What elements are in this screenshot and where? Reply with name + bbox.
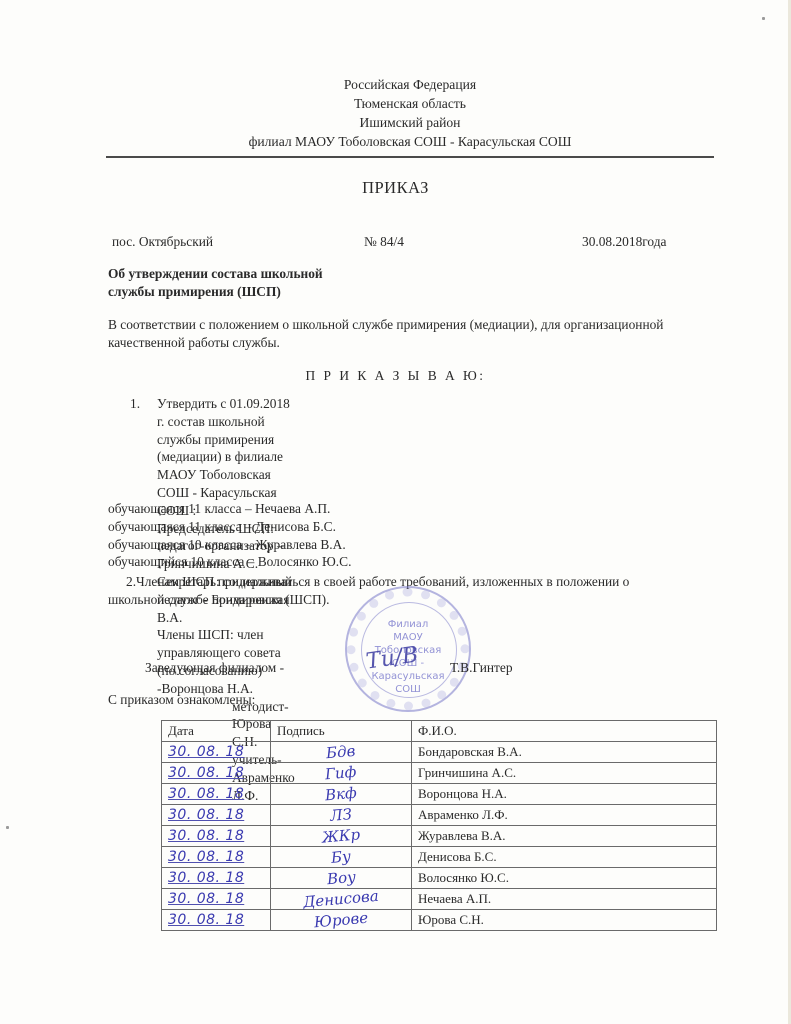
row-signature-cell: Бу (271, 847, 412, 868)
row-name: Бондаровская В.А. (418, 744, 522, 759)
preamble-line: В соответствии с положением о школьной с… (108, 316, 728, 334)
student-line: обучающаяся 10 класса – Журавлева В.А. (108, 536, 351, 554)
table-row: 30. 08. 18ЮровеЮрова С.Н. (162, 910, 717, 931)
row-date: 30. 08. 18 (168, 744, 244, 760)
row-name-cell: Бондаровская В.А. (412, 742, 717, 763)
row-date-cell: 30. 08. 18 (162, 763, 271, 784)
row-name: Волосянко Ю.С. (418, 870, 509, 885)
row-date-cell: 30. 08. 18 (162, 910, 271, 931)
row-name-cell: Волосянко Ю.С. (412, 868, 717, 889)
order-place: пос. Октябрьский (112, 234, 213, 250)
table-row: 30. 08. 18ВоуВолосянко Ю.С. (162, 868, 717, 889)
subject-line: службы примирения (ШСП) (108, 283, 323, 301)
row-signature-cell: Вкф (271, 784, 412, 805)
scan-speck (6, 826, 9, 829)
row-date-cell: 30. 08. 18 (162, 784, 271, 805)
signoff-title: Заведующая филиалом - (145, 660, 284, 676)
row-name-cell: Юрова С.Н. (412, 910, 717, 931)
row-date-cell: 30. 08. 18 (162, 889, 271, 910)
table-row: 30. 08. 18ЖКрЖуравлева В.А. (162, 826, 717, 847)
order-date: 30.08.2018года (582, 234, 666, 250)
table-row: 30. 08. 18БуДенисова Б.С. (162, 847, 717, 868)
student-members: обучающаяся 11 класса – Нечаева А.П. обу… (108, 500, 351, 571)
row-date-cell: 30. 08. 18 (162, 742, 271, 763)
row-date: 30. 08. 18 (168, 828, 244, 844)
student-line: обучающийся 10 класса – Волосянко Ю.С. (108, 553, 351, 571)
header-date: Дата (162, 721, 271, 742)
header-name: Ф.И.О. (412, 721, 717, 742)
signoff-name: Т.В.Гинтер (450, 660, 513, 676)
row-date: 30. 08. 18 (168, 807, 244, 823)
letterhead: Российская Федерация Тюменская область И… (230, 75, 590, 151)
row-signature-cell: Бдв (271, 742, 412, 763)
row-name-cell: Авраменко Л.Ф. (412, 805, 717, 826)
row-name: Юрова С.Н. (418, 912, 484, 927)
preamble: В соответствии с положением о школьной с… (108, 316, 728, 352)
order-number: № 84/4 (364, 234, 404, 250)
row-signature: Гиф (325, 763, 358, 784)
letterhead-district: Ишимский район (230, 113, 590, 132)
letterhead-region: Тюменская область (230, 94, 590, 113)
document-title: ПРИКАЗ (0, 178, 791, 198)
acknowledgement-table: Дата Подпись Ф.И.О. 30. 08. 18БдвБондаро… (161, 720, 717, 931)
row-name: Денисова Б.С. (418, 849, 497, 864)
table-row: 30. 08. 18ЛЗАвраменко Л.Ф. (162, 805, 717, 826)
row-name: Гринчишина А.С. (418, 765, 516, 780)
row-signature-cell: ЖКр (271, 826, 412, 847)
subject-line: Об утверждении состава школьной (108, 265, 323, 283)
item-line: Утвердить с 01.09.2018 г. состав школьно… (157, 395, 295, 466)
row-signature: ЖКр (321, 825, 361, 846)
row-name-cell: Денисова Б.С. (412, 847, 717, 868)
row-name-cell: Нечаева А.П. (412, 889, 717, 910)
acknowledgement-label: С приказом ознакомлены: (108, 692, 255, 708)
table-row: 30. 08. 18ВкфВоронцова Н.А. (162, 784, 717, 805)
stamp-line: СОШ (347, 683, 469, 696)
student-line: обучающаяся 11 класса – Денисова Б.С. (108, 518, 351, 536)
row-date: 30. 08. 18 (168, 870, 244, 886)
table-row: 30. 08. 18БдвБондаровская В.А. (162, 742, 717, 763)
row-signature-cell: Воу (271, 868, 412, 889)
stamp-line: Филиал (347, 618, 469, 631)
row-signature: Денисова (303, 887, 380, 912)
row-name-cell: Воронцова Н.А. (412, 784, 717, 805)
row-signature: Бдв (326, 742, 357, 762)
row-name-cell: Журавлева В.А. (412, 826, 717, 847)
letterhead-country: Российская Федерация (230, 75, 590, 94)
row-signature-cell: Денисова (271, 889, 412, 910)
stamp-line: МАОУ (347, 631, 469, 644)
row-date: 30. 08. 18 (168, 786, 244, 802)
header-divider (106, 156, 714, 158)
row-name: Журавлева В.А. (418, 828, 506, 843)
row-signature: Вкф (324, 784, 357, 805)
row-signature: Юрове (313, 909, 369, 932)
row-signature: Воу (326, 868, 356, 888)
order-directive-heading: П Р И К А З Ы В А Ю: (0, 368, 791, 384)
table-row: 30. 08. 18ГифГринчишина А.С. (162, 763, 717, 784)
row-date: 30. 08. 18 (168, 849, 244, 865)
row-signature: ЛЗ (329, 805, 352, 825)
table-header-row: Дата Подпись Ф.И.О. (162, 721, 717, 742)
header-signature: Подпись (271, 721, 412, 742)
row-date-cell: 30. 08. 18 (162, 826, 271, 847)
row-date: 30. 08. 18 (168, 912, 244, 928)
preamble-line: качественной работы службы. (108, 334, 728, 352)
row-signature-cell: Юрове (271, 910, 412, 931)
row-name: Авраменко Л.Ф. (418, 807, 508, 822)
item-number: 1. (130, 395, 140, 413)
row-date-cell: 30. 08. 18 (162, 847, 271, 868)
row-name-cell: Гринчишина А.С. (412, 763, 717, 784)
row-date-cell: 30. 08. 18 (162, 868, 271, 889)
row-name: Нечаева А.П. (418, 891, 491, 906)
row-date: 30. 08. 18 (168, 765, 244, 781)
row-date: 30. 08. 18 (168, 891, 244, 907)
order-subject: Об утверждении состава школьной службы п… (108, 265, 323, 301)
student-line: обучающаяся 11 класса – Нечаева А.П. (108, 500, 351, 518)
row-name: Воронцова Н.А. (418, 786, 507, 801)
row-date-cell: 30. 08. 18 (162, 805, 271, 826)
table-row: 30. 08. 18ДенисоваНечаева А.П. (162, 889, 717, 910)
letterhead-school: филиал МАОУ Тоболовская СОШ - Карасульск… (230, 132, 590, 151)
row-signature-cell: ЛЗ (271, 805, 412, 826)
row-signature-cell: Гиф (271, 763, 412, 784)
scan-speck (762, 17, 765, 20)
row-signature: Бу (330, 847, 351, 867)
